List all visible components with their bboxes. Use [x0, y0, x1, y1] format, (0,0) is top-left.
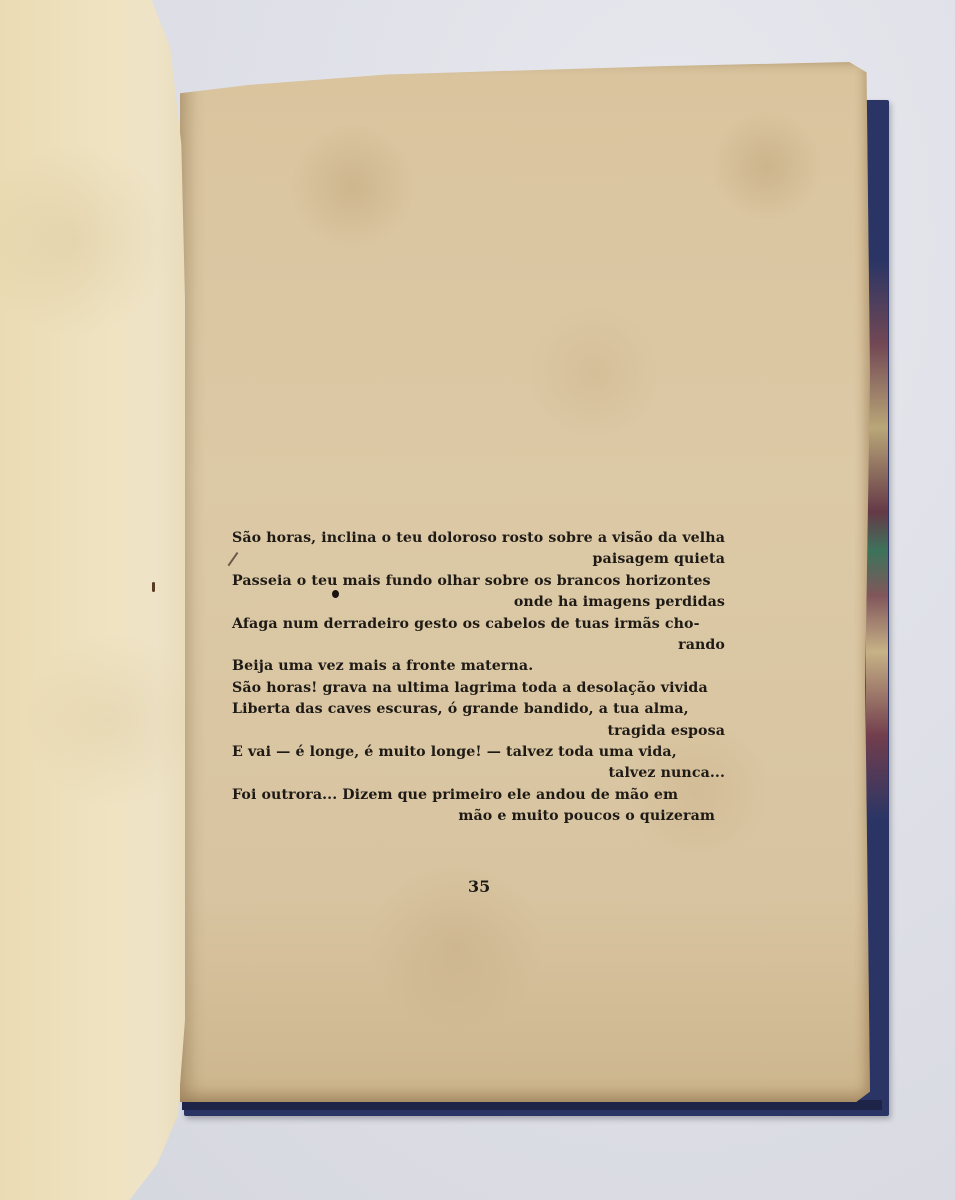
poem-line: Foi outrora... Dizem que primeiro ele an… — [232, 785, 737, 806]
poem-line-continuation: tragida esposa — [232, 721, 737, 742]
poem-line: Beija uma vez mais a fronte materna. — [232, 656, 737, 677]
left-page — [0, 0, 185, 1200]
poem-text: São horas, inclina o teu doloroso rosto … — [232, 528, 737, 828]
poem-line-continuation: rando — [232, 635, 737, 656]
poem-line-continuation: onde ha imagens perdidas — [232, 592, 737, 613]
poem-line-continuation: paisagem quieta — [232, 549, 737, 570]
poem-line: Passeia o teu mais fundo olhar sobre os … — [232, 571, 737, 592]
poem-line: São horas, inclina o teu doloroso rosto … — [232, 528, 737, 549]
page-number: 35 — [468, 877, 490, 896]
poem-line: E vai — é longe, é muito longe! — talvez… — [232, 742, 737, 763]
poem-line: Afaga num derradeiro gesto os cabelos de… — [232, 614, 737, 635]
poem-line-continuation: mão e muito poucos o quizeram — [232, 806, 737, 827]
poem-line: São horas! grava na ultima lagrima toda … — [232, 678, 737, 699]
left-page-stain — [152, 582, 155, 592]
poem-line-continuation: talvez nunca... — [232, 763, 737, 784]
poem-line: Liberta das caves escuras, ó grande band… — [232, 699, 737, 720]
